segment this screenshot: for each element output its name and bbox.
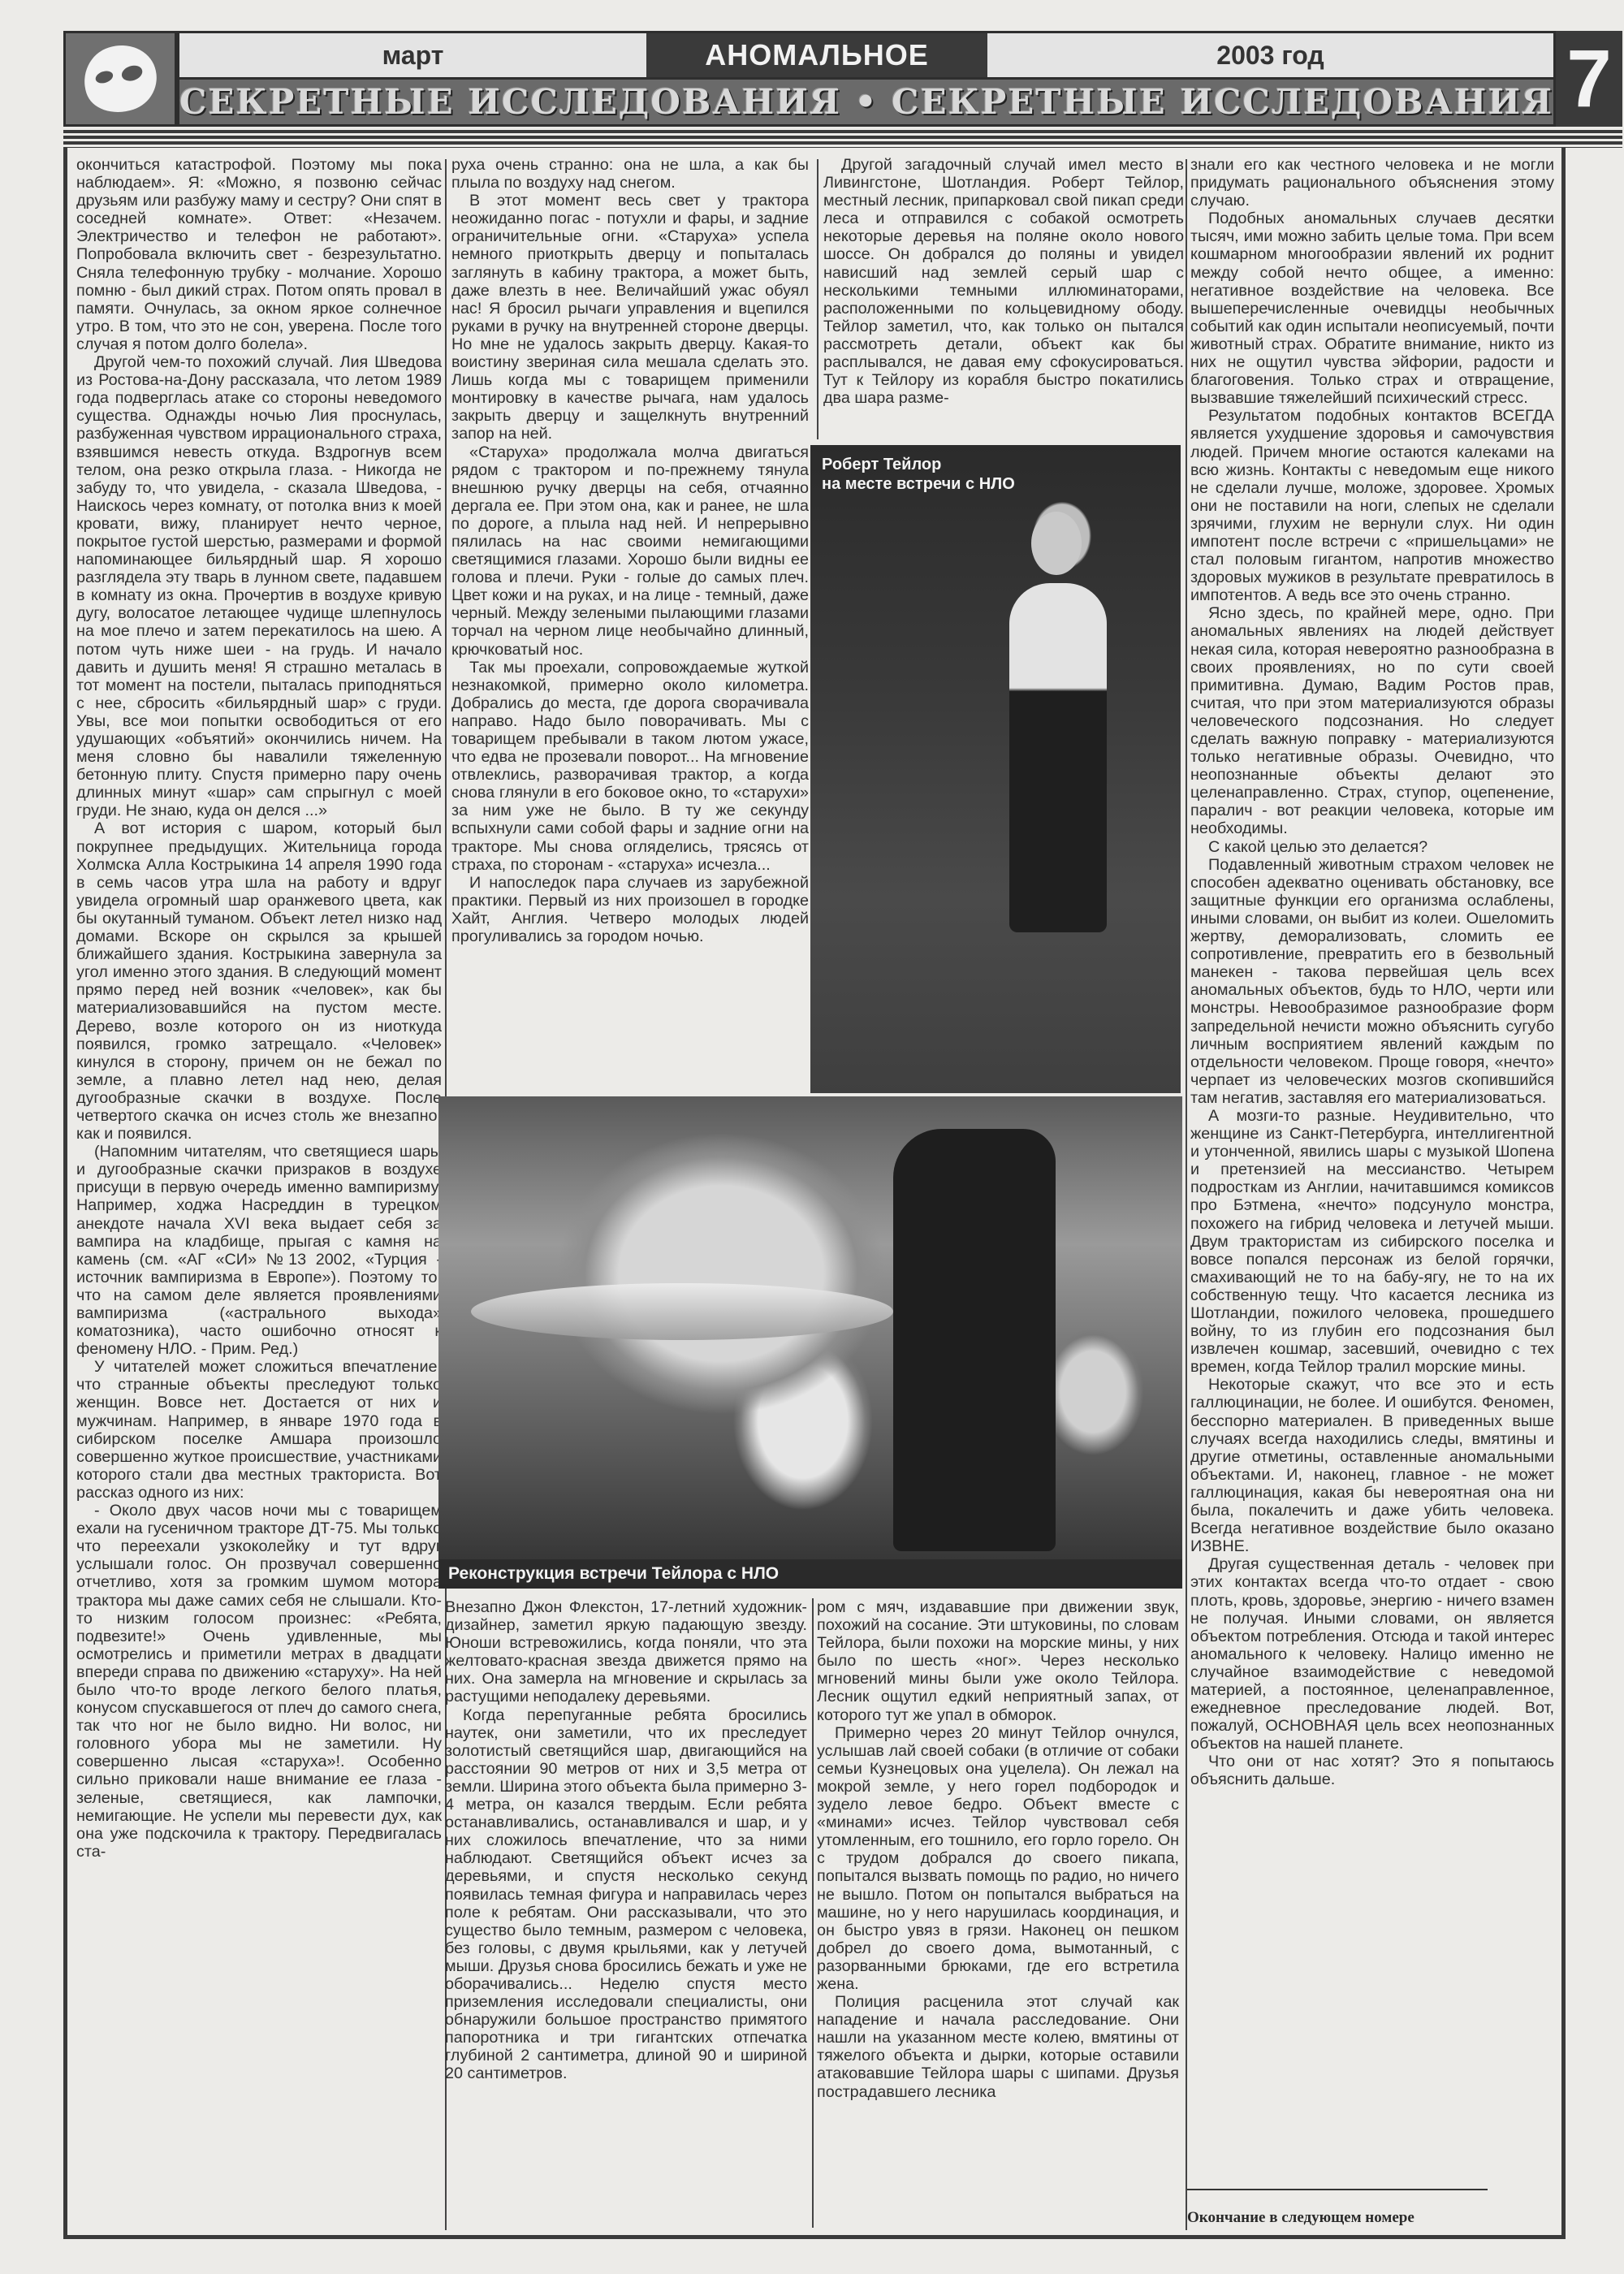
article-column-3-bottom: ром с мяч, издававшие при движении звук,…	[817, 1598, 1179, 2101]
paragraph: Другой загадочный случай имел место в Ли…	[823, 156, 1184, 407]
paragraph: Когда перепуганные ребята бросились наут…	[445, 1706, 807, 2083]
logo	[63, 31, 177, 127]
paragraph: А вот история с шаром, который был покру…	[76, 819, 442, 1143]
theater-mask-icon	[76, 36, 166, 122]
paragraph: В этот момент весь свет у трактора неожи…	[451, 192, 809, 443]
paragraph: «Старуха» продолжала молча двигаться ряд…	[451, 443, 809, 659]
paragraph: окончиться катастрофой. Поэтому мы пока …	[76, 156, 442, 353]
paragraph: А мозги-то разные. Неудивительно, что же…	[1190, 1107, 1554, 1376]
continued-note: Окончание в следующем номере	[1187, 2209, 1415, 2227]
paragraph: Другой чем-то похожий случай. Лия Шведов…	[76, 353, 442, 819]
column-divider	[812, 1598, 814, 2228]
issue-month: март	[177, 33, 646, 77]
paragraph: Некоторые скажут, что все это и есть гал…	[1190, 1376, 1554, 1555]
article-column-2-top: руха очень странно: она не шла, а как бы…	[451, 156, 809, 945]
section-banner: СЕКРЕТНЫЕ ИССЛЕДОВАНИЯ • СЕКРЕТНЫЕ ИССЛЕ…	[177, 80, 1556, 127]
paragraph: Полиция расценила этот случай как нападе…	[817, 1993, 1179, 2101]
photo-robert-taylor: Роберт Тейлор на месте встречи с НЛО	[810, 445, 1181, 1093]
paragraph: Результатом подобных контактов ВСЕГДА яв…	[1190, 407, 1554, 604]
editor-note: (Напомним читателям, что светящиеся шары…	[76, 1143, 442, 1358]
photo-caption: Реконструкция встречи Тейлора с НЛО	[438, 1559, 1182, 1589]
paragraph: У читателей может сложиться впечатление,…	[76, 1358, 442, 1502]
footer-divider	[1187, 2189, 1488, 2190]
photo-caption: Роберт Тейлор на месте встречи с НЛО	[822, 455, 1065, 494]
section-title: АНОМАЛЬНОЕ	[646, 33, 987, 77]
paragraph: Подавленный животным страхом человек не …	[1190, 856, 1554, 1107]
paragraph: Так мы проехали, сопровождаемые жуткой н…	[451, 659, 809, 874]
ufo-saucer	[471, 1283, 893, 1340]
issue-year: 2003 год	[987, 33, 1553, 77]
paragraph: - Около двух часов ночи мы с товарищем е…	[76, 1502, 442, 1861]
paragraph: Другая существенная деталь - человек при…	[1190, 1555, 1554, 1753]
paragraph: знали его как честного человека и не мог…	[1190, 156, 1554, 210]
paragraph: И напоследок пара случаев из зарубежной …	[451, 874, 809, 945]
person-figure	[1009, 583, 1107, 932]
masthead: март АНОМАЛЬНОЕ 2003 год СЕКРЕТНЫЕ ИССЛЕ…	[63, 31, 1622, 127]
article-column-3-top: Другой загадочный случай имел место в Ли…	[823, 156, 1184, 407]
paragraph: Подобных аномальных случаев десятки тыся…	[1190, 210, 1554, 407]
photo-ufo-reconstruction: Реконструкция встречи Тейлора с НЛО	[438, 1096, 1182, 1589]
column-divider	[1186, 159, 1187, 2230]
column-divider	[817, 159, 818, 439]
paragraph: Внезапно Джон Флекстон, 17-летний художн…	[445, 1598, 807, 1706]
paragraph: Примерно через 20 минут Тейлор очнулся, …	[817, 1724, 1179, 1993]
page-number: 7	[1556, 31, 1622, 127]
article-column-4: знали его как честного человека и не мог…	[1190, 156, 1554, 1789]
paragraph: Ясно здесь, по крайней мере, одно. При а…	[1190, 604, 1554, 837]
article-column-2-bottom: Внезапно Джон Флекстон, 17-летний художн…	[445, 1598, 807, 2083]
person-head	[1031, 512, 1082, 575]
header-divider	[63, 130, 1622, 148]
person-silhouette	[893, 1129, 1056, 1551]
paragraph: руха очень странно: она не шла, а как бы…	[451, 156, 809, 192]
paragraph: ром с мяч, издававшие при движении звук,…	[817, 1598, 1179, 1724]
article-column-1: окончиться катастрофой. Поэтому мы пока …	[76, 156, 442, 1861]
header-row: март АНОМАЛЬНОЕ 2003 год	[177, 31, 1556, 80]
paragraph: С какой целью это делается?	[1190, 838, 1554, 856]
paragraph: Что они от нас хотят? Это я попытаюсь об…	[1190, 1753, 1554, 1788]
